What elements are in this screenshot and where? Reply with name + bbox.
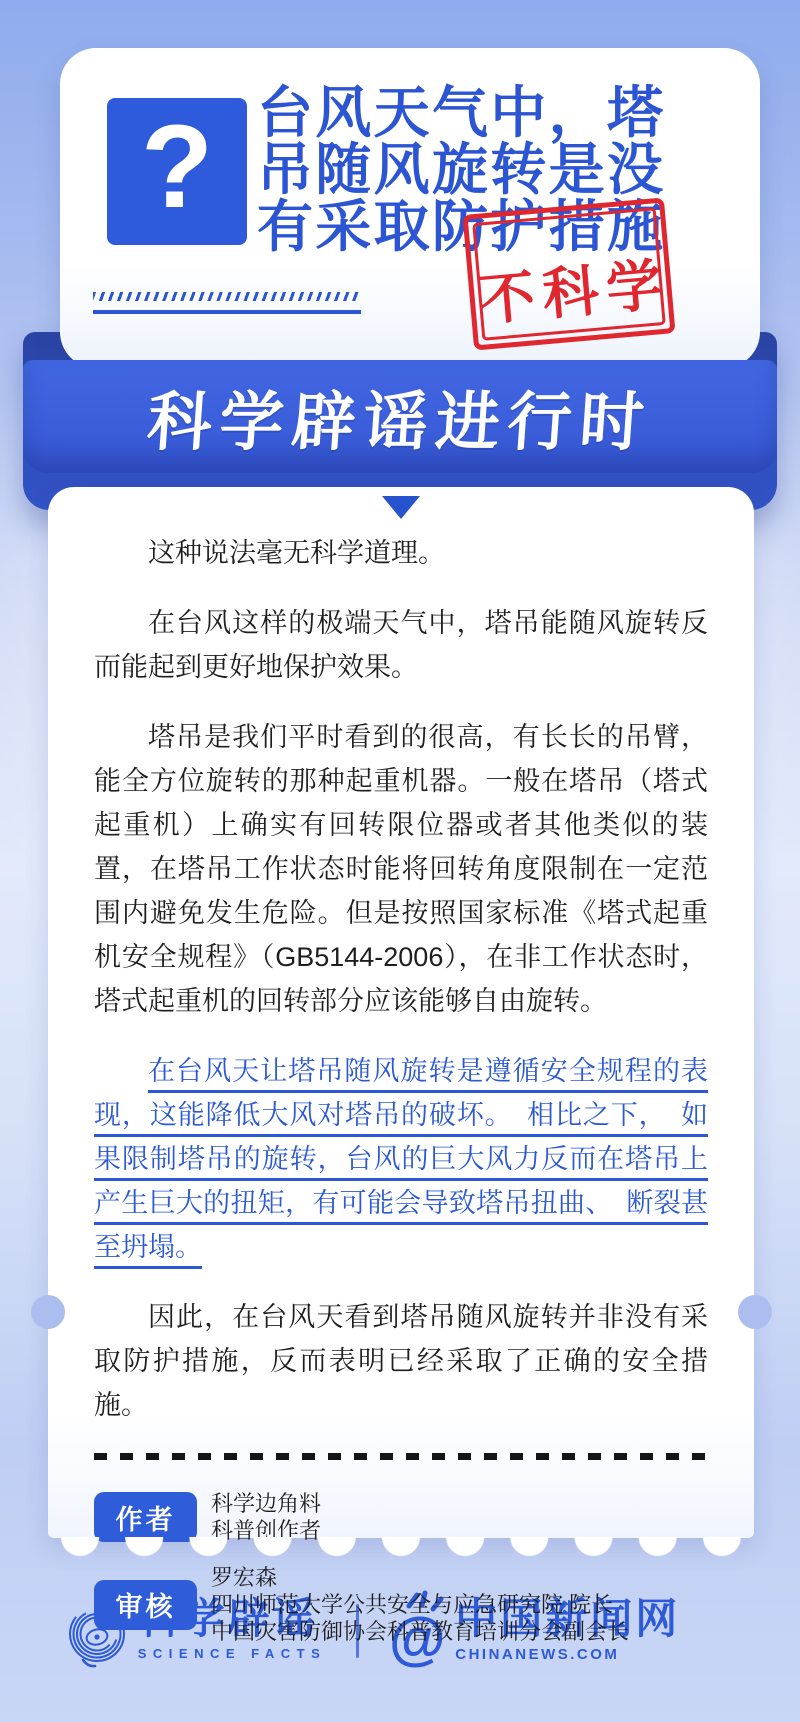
banner: 科学辟谣进行时	[23, 360, 777, 473]
reviewer-title: 中国灾害防御协会科普教育培训分会副会长	[211, 1618, 629, 1645]
chinanews-subtitle: CHINANEWS.COM	[455, 1646, 680, 1663]
reviewer-title: 四川师范大学公共安全与应急研究院 院长	[211, 1591, 629, 1618]
paragraph: 塔吊是我们平时看到的很高，有长长的吊臂，能全方位旋转的那种起重机器。一般在塔吊（…	[94, 715, 708, 1023]
question-mark-glyph: ?	[141, 108, 213, 226]
stamp-label: 不科学	[477, 257, 673, 330]
paragraph: 在台风这样的极端天气中，塔吊能随风旋转反而能起到更好地保护效果。	[94, 601, 708, 689]
question-mark-icon: ?	[107, 98, 247, 245]
ticket-notch-left	[31, 1295, 65, 1329]
stamp-inner-border: 不科学	[472, 207, 666, 341]
down-triangle-icon	[382, 496, 420, 519]
author-badge: 作者	[94, 1492, 197, 1542]
article-card: 这种说法毫无科学道理。 在台风这样的极端天气中，塔吊能随风旋转反而能起到更好地保…	[48, 487, 754, 1538]
hatch-decoration	[93, 292, 359, 301]
reviewer-info: 罗宏森 四川师范大学公共安全与应急研究院 院长 中国灾害防御协会科普教育培训分会…	[211, 1564, 629, 1645]
scalloped-edge	[48, 1537, 754, 1558]
reviewer-row: 审核 罗宏森 四川师范大学公共安全与应急研究院 院长 中国灾害防御协会科普教育培…	[94, 1564, 708, 1645]
author-info: 科学边角料 科普创作者	[211, 1490, 321, 1544]
paragraph-highlighted: 在台风天让塔吊随风旋转是遵循安全规程的表现，这能降低大风对塔吊的破坏。 相比之下…	[94, 1049, 708, 1269]
claim-title-line: 台风天气中，塔	[257, 84, 663, 141]
claim-card: ? 台风天气中，塔 吊随风旋转是没 有采取防护措施 不科学	[60, 48, 760, 368]
paragraph: 这种说法毫无科学道理。	[94, 531, 708, 575]
author-name: 科学边角料	[211, 1490, 321, 1517]
science-facts-subtitle: SCIENCE FACTS	[138, 1646, 327, 1661]
reviewer-name: 罗宏森	[211, 1564, 629, 1591]
ticket-notch-right	[738, 1295, 772, 1329]
dashed-divider	[94, 1453, 708, 1460]
author-row: 作者 科学边角料 科普创作者	[94, 1490, 708, 1544]
reviewer-badge: 审核	[94, 1580, 197, 1630]
poster-canvas: ? 台风天气中，塔 吊随风旋转是没 有采取防护措施 不科学 科学辟谣进行时 这种…	[0, 0, 800, 1722]
claim-title-line: 吊随风旋转是没	[257, 141, 663, 198]
banner-label: 科学辟谣进行时	[145, 371, 655, 463]
underline-decoration	[93, 310, 361, 314]
paragraph: 因此，在台风天看到塔吊随风旋转并非没有采取防护措施，反而表明已经采取了正确的安全…	[94, 1295, 708, 1427]
unscientific-stamp: 不科学	[462, 197, 675, 350]
